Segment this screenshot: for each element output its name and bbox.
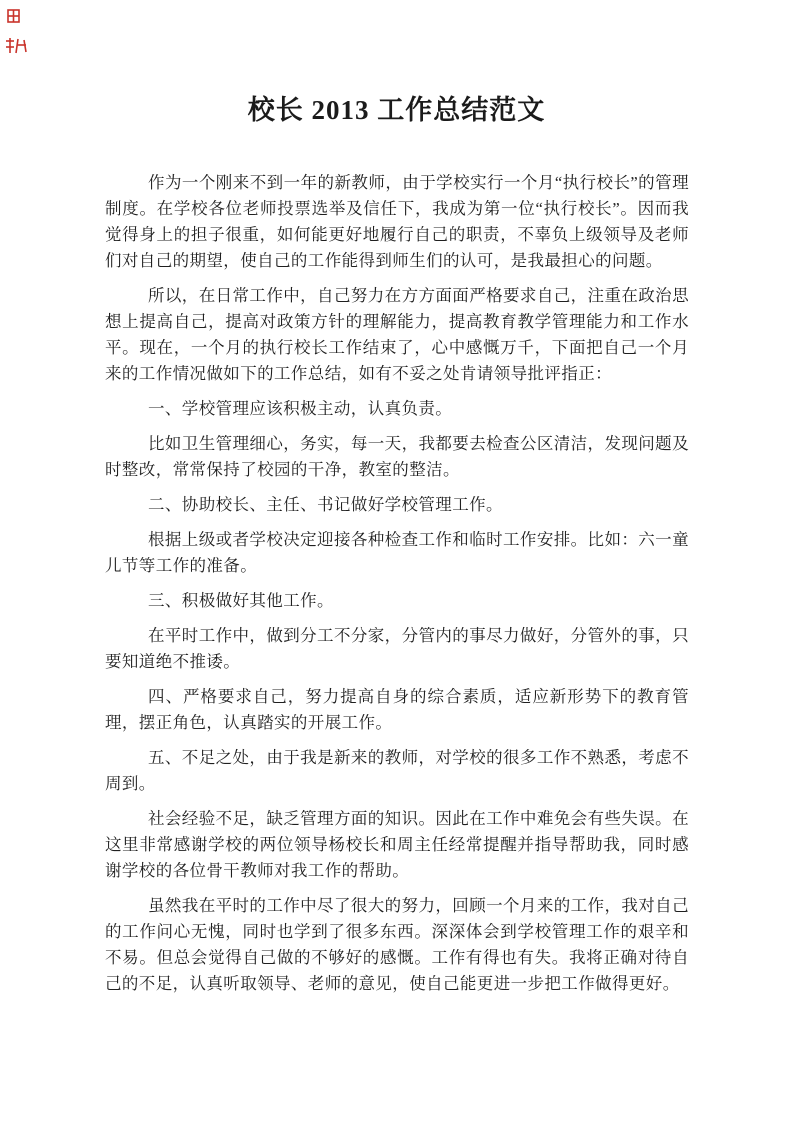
- paragraph: 二、协助校长、主任、书记做好学校管理工作。: [105, 492, 689, 518]
- paragraph: 四、严格要求自己，努力提高自身的综合素质，适应新形势下的教育管理，摆正角色，认真…: [105, 684, 689, 736]
- red-mark-icon: [6, 8, 21, 24]
- paragraph: 一、学校管理应该积极主动，认真负责。: [105, 396, 689, 422]
- paragraph: 在平时工作中，做到分工不分家，分管内的事尽力做好，分管外的事，只要知道绝不推诿。: [105, 623, 689, 675]
- document-title: 校长 2013 工作总结范文: [0, 0, 793, 130]
- paragraph: 虽然我在平时的工作中尽了很大的努力，回顾一个月来的工作，我对自己的工作问心无愧，…: [105, 893, 689, 997]
- paragraph: 作为一个刚来不到一年的新教师，由于学校实行一个月“执行校长”的管理制度。在学校各…: [105, 170, 689, 274]
- document-body: 作为一个刚来不到一年的新教师，由于学校实行一个月“执行校长”的管理制度。在学校各…: [105, 170, 689, 997]
- paragraph: 比如卫生管理细心，务实，每一天，我都要去检查公区清洁，发现问题及时整改，常常保持…: [105, 431, 689, 483]
- paragraph: 三、积极做好其他工作。: [105, 588, 689, 614]
- paragraph: 根据上级或者学校决定迎接各种检查工作和临时工作安排。比如：六一童儿节等工作的准备…: [105, 527, 689, 579]
- red-mark-icon: [4, 37, 28, 55]
- paragraph: 社会经验不足，缺乏管理方面的知识。因此在工作中难免会有些失误。在这里非常感谢学校…: [105, 806, 689, 884]
- document-page: 校长 2013 工作总结范文 作为一个刚来不到一年的新教师，由于学校实行一个月“…: [0, 0, 793, 1122]
- paragraph: 所以，在日常工作中，自己努力在方方面面严格要求自己，注重在政治思想上提高自己，提…: [105, 283, 689, 387]
- paragraph: 五、不足之处，由于我是新来的教师，对学校的很多工作不熟悉，考虑不周到。: [105, 745, 689, 797]
